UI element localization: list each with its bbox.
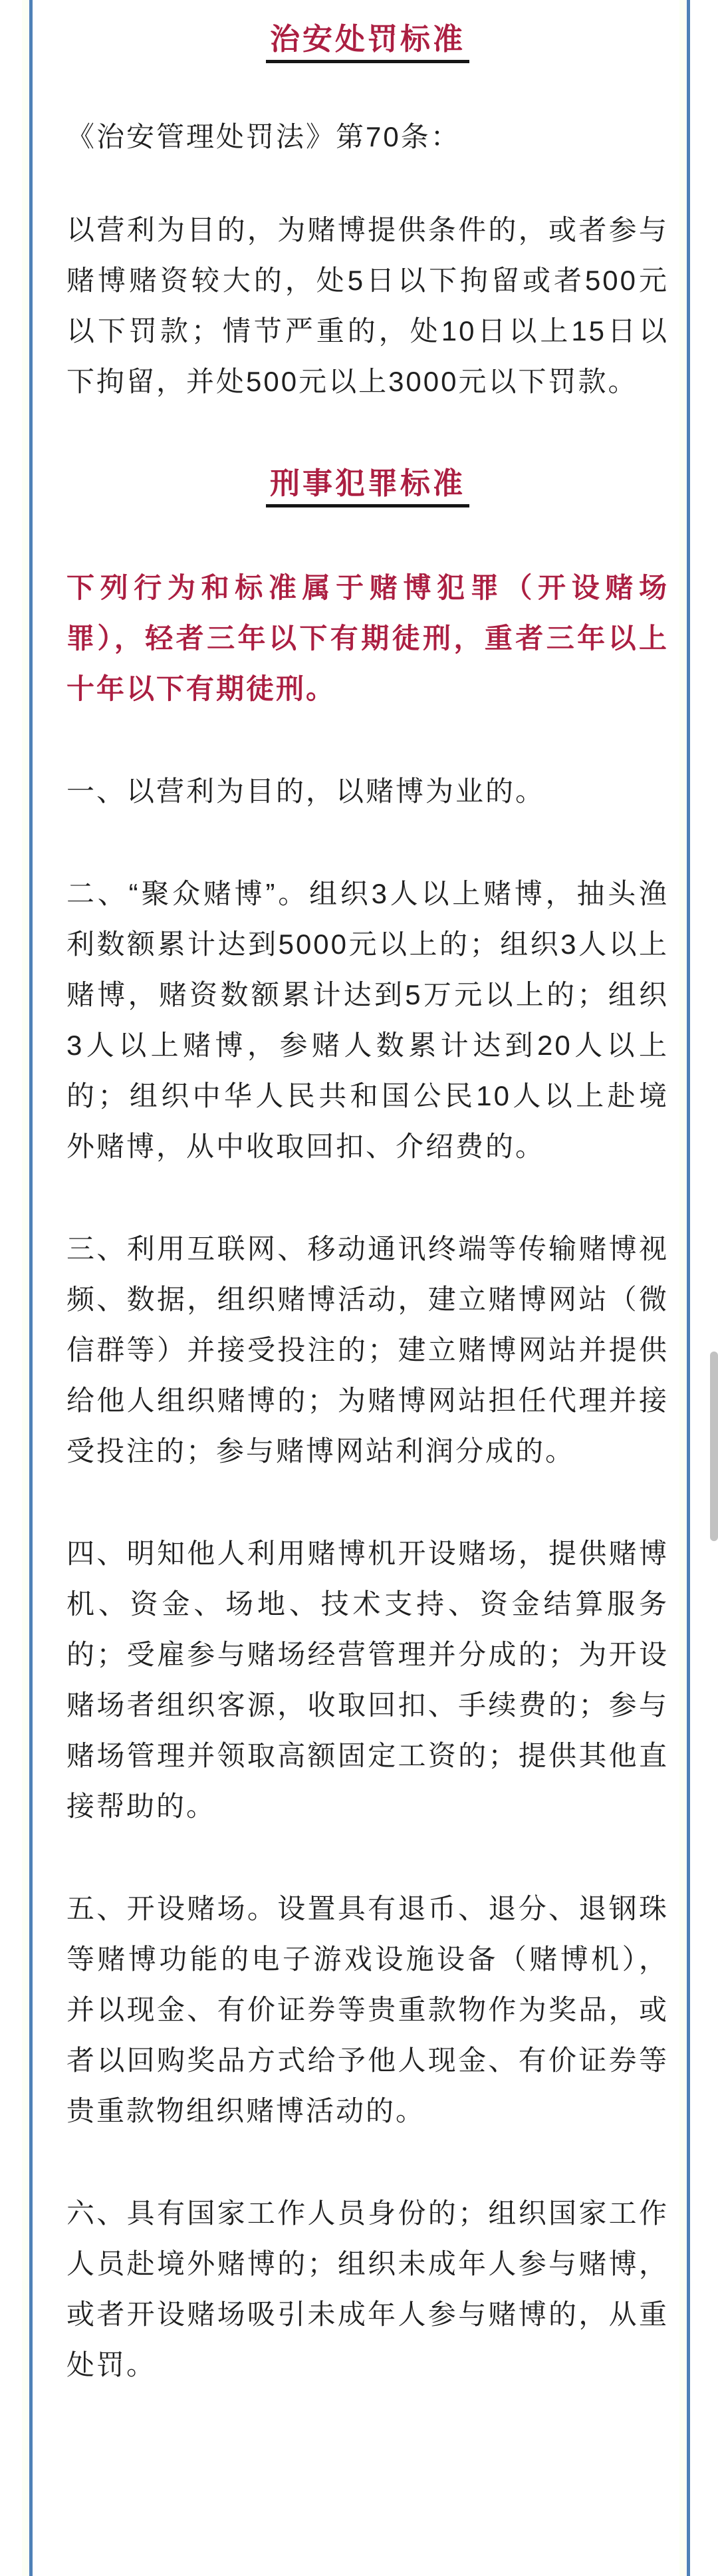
scrollbar-thumb[interactable] (710, 1352, 718, 1541)
section2-heading-row: 刑事犯罪标准 (66, 459, 669, 509)
left-border-glow (22, 0, 29, 2576)
right-border-glow (679, 0, 686, 2576)
criminal-offense-heading: 刑事犯罪标准 (266, 466, 469, 507)
criminal-item-5: 五、开设赌场。设置具有退币、退分、退钢珠等赌博功能的电子游戏设施设备（赌博机），… (66, 1884, 669, 2136)
security-penalty-body: 以营利为目的，为赌博提供条件的，或者参与赌博赌资较大的，处5日以下拘留或者500… (66, 205, 669, 407)
article-page: 治安处罚标准 《治安管理处罚法》第70条： 以营利为目的，为赌博提供条件的，或者… (0, 0, 718, 2576)
left-border-line (29, 0, 33, 2576)
criminal-item-1: 一、以营利为目的，以赌博为业的。 (66, 766, 669, 817)
criminal-item-4: 四、明知他人利用赌博机开设赌场，提供赌博机、资金、场地、技术支持、资金结算服务的… (66, 1528, 669, 1832)
criminal-offense-intro: 下列行为和标准属于赌博犯罪（开设赌场罪），轻者三年以下有期徒刑，重者三年以上十年… (66, 563, 669, 714)
section1-heading-row: 治安处罚标准 (66, 15, 669, 65)
criminal-item-2: 二、“聚众赌博”。组织3人以上赌博，抽头渔利数额累计达到5000元以上的；组织3… (66, 869, 669, 1172)
law-reference-line: 《治安管理处罚法》第70条： (66, 112, 669, 162)
right-border-line (687, 0, 690, 2576)
criminal-item-3: 三、利用互联网、移动通讯终端等传输赌博视频、数据，组织赌博活动，建立赌博网站（微… (66, 1224, 669, 1477)
article-content: 治安处罚标准 《治安管理处罚法》第70条： 以营利为目的，为赌博提供条件的，或者… (66, 0, 669, 2390)
criminal-item-6: 六、具有国家工作人员身份的；组织国家工作人员赴境外赌博的；组织未成年人参与赌博，… (66, 2188, 669, 2390)
security-penalty-heading: 治安处罚标准 (266, 21, 469, 63)
